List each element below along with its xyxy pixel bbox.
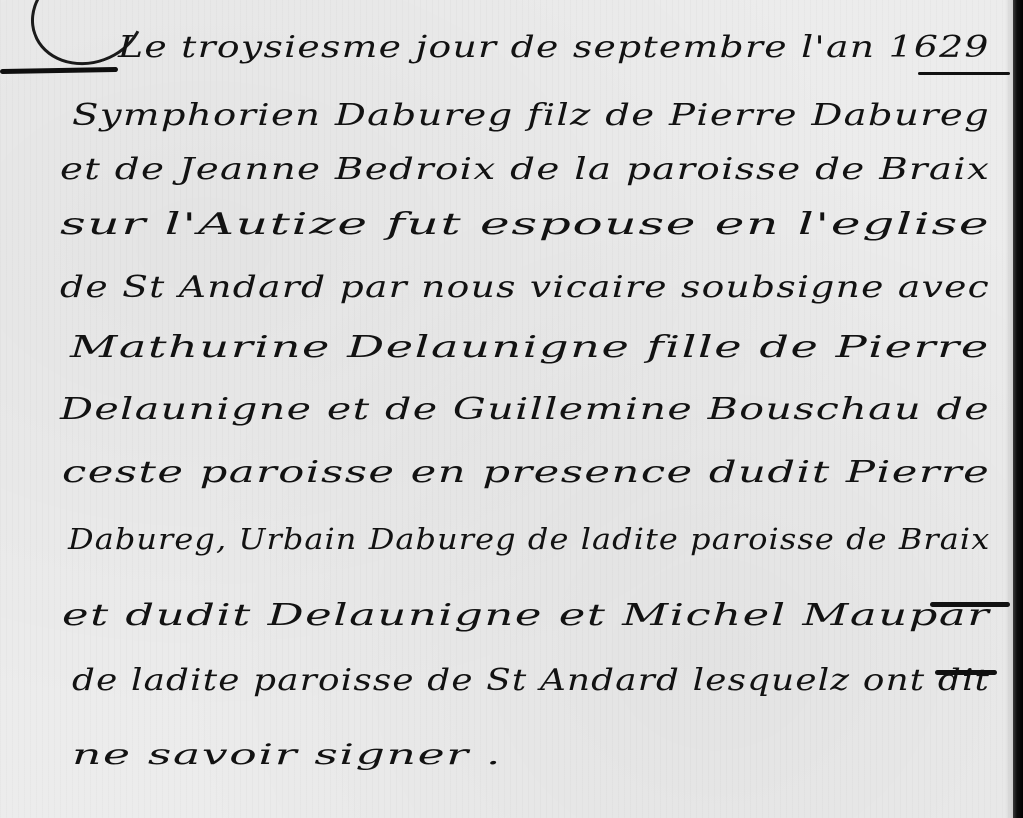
manuscript-line-12: ne savoir signer . <box>72 738 502 771</box>
manuscript-line-10: et dudit Delaunigne et Michel Maupar <box>62 598 990 633</box>
manuscript-line-5: de St Andard par nous vicaire soubsigne … <box>60 270 990 305</box>
manuscript-line-11: de ladite paroisse de St Andard lesquelz… <box>72 663 990 698</box>
manuscript-line-2: Symphorien Dabureg filz de Pierre Dabure… <box>72 98 990 133</box>
initial-underline-stroke <box>0 67 118 74</box>
manuscript-page: Le troysiesme jour de septembre l'an 162… <box>0 0 1023 818</box>
manuscript-line-1: Le troysiesme jour de septembre l'an 162… <box>118 30 990 65</box>
manuscript-line-3: et de Jeanne Bedroix de la paroisse de B… <box>60 152 990 187</box>
page-edge-shadow <box>1005 0 1013 818</box>
line-end-flourish-2 <box>935 670 997 675</box>
manuscript-line-6: Mathurine Delaunigne fille de Pierre <box>70 330 990 365</box>
manuscript-line-4: sur l'Autize fut espouse en l'eglise <box>60 207 990 242</box>
manuscript-line-9: Dabureg, Urbain Dabureg de ladite parois… <box>68 522 990 556</box>
line-end-flourish <box>930 602 1010 607</box>
date-underline <box>918 72 1010 75</box>
page-binding-edge <box>1013 0 1023 818</box>
manuscript-line-7: Delaunigne et de Guillemine Bouschau de <box>60 392 990 427</box>
manuscript-line-8: ceste paroisse en presence dudit Pierre <box>62 455 990 490</box>
